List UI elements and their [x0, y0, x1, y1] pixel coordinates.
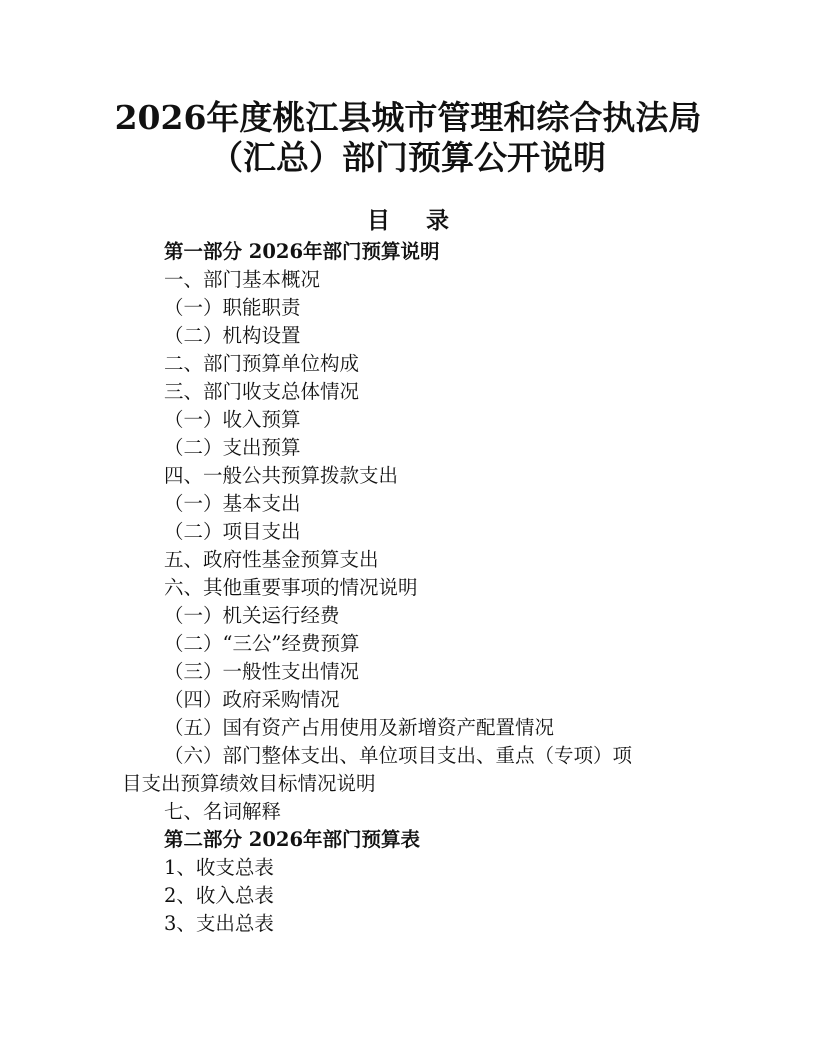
- document-title-line-2: （汇总）部门预算公开说明: [0, 138, 816, 178]
- toc-item: （一）职能职责: [164, 294, 301, 322]
- toc-item: 二、部门预算单位构成: [164, 350, 359, 378]
- toc-item: （四）政府采购情况: [164, 686, 340, 714]
- toc-item: （二）项目支出: [164, 518, 301, 546]
- toc-item: 七、名词解释: [164, 798, 281, 826]
- toc-item: 四、一般公共预算拨款支出: [164, 462, 398, 490]
- toc-heading: 目 录: [0, 206, 816, 236]
- toc-item: 一、部门基本概况: [164, 266, 320, 294]
- toc-item: （六）部门整体支出、单位项目支出、重点（专项）项: [164, 742, 632, 770]
- toc-item: （五）国有资产占用使用及新增资产配置情况: [164, 714, 554, 742]
- toc-item: （一）机关运行经费: [164, 602, 340, 630]
- toc-item: 三、部门收支总体情况: [164, 378, 359, 406]
- toc-item: （二）机构设置: [164, 322, 301, 350]
- toc-item: 六、其他重要事项的情况说明: [164, 574, 418, 602]
- toc-item: （二）“三公”经费预算: [164, 630, 359, 658]
- toc-item: （一）基本支出: [164, 490, 301, 518]
- toc-item: 2、收入总表: [164, 882, 274, 910]
- toc-item: 1、收支总表: [164, 854, 274, 882]
- toc-item: 3、支出总表: [164, 910, 274, 938]
- toc-item: 五、政府性基金预算支出: [164, 546, 379, 574]
- document-title-line-1: 2026年度桃江县城市管理和综合执法局: [0, 98, 816, 138]
- toc-item-continuation: 目支出预算绩效目标情况说明: [122, 770, 376, 798]
- toc-item: （一）收入预算: [164, 406, 301, 434]
- toc-item: （二）支出预算: [164, 434, 301, 462]
- toc-part-one: 第一部分 2026年部门预算说明: [164, 238, 440, 266]
- toc-part-two: 第二部分 2026年部门预算表: [164, 826, 420, 854]
- toc-item: （三）一般性支出情况: [164, 658, 359, 686]
